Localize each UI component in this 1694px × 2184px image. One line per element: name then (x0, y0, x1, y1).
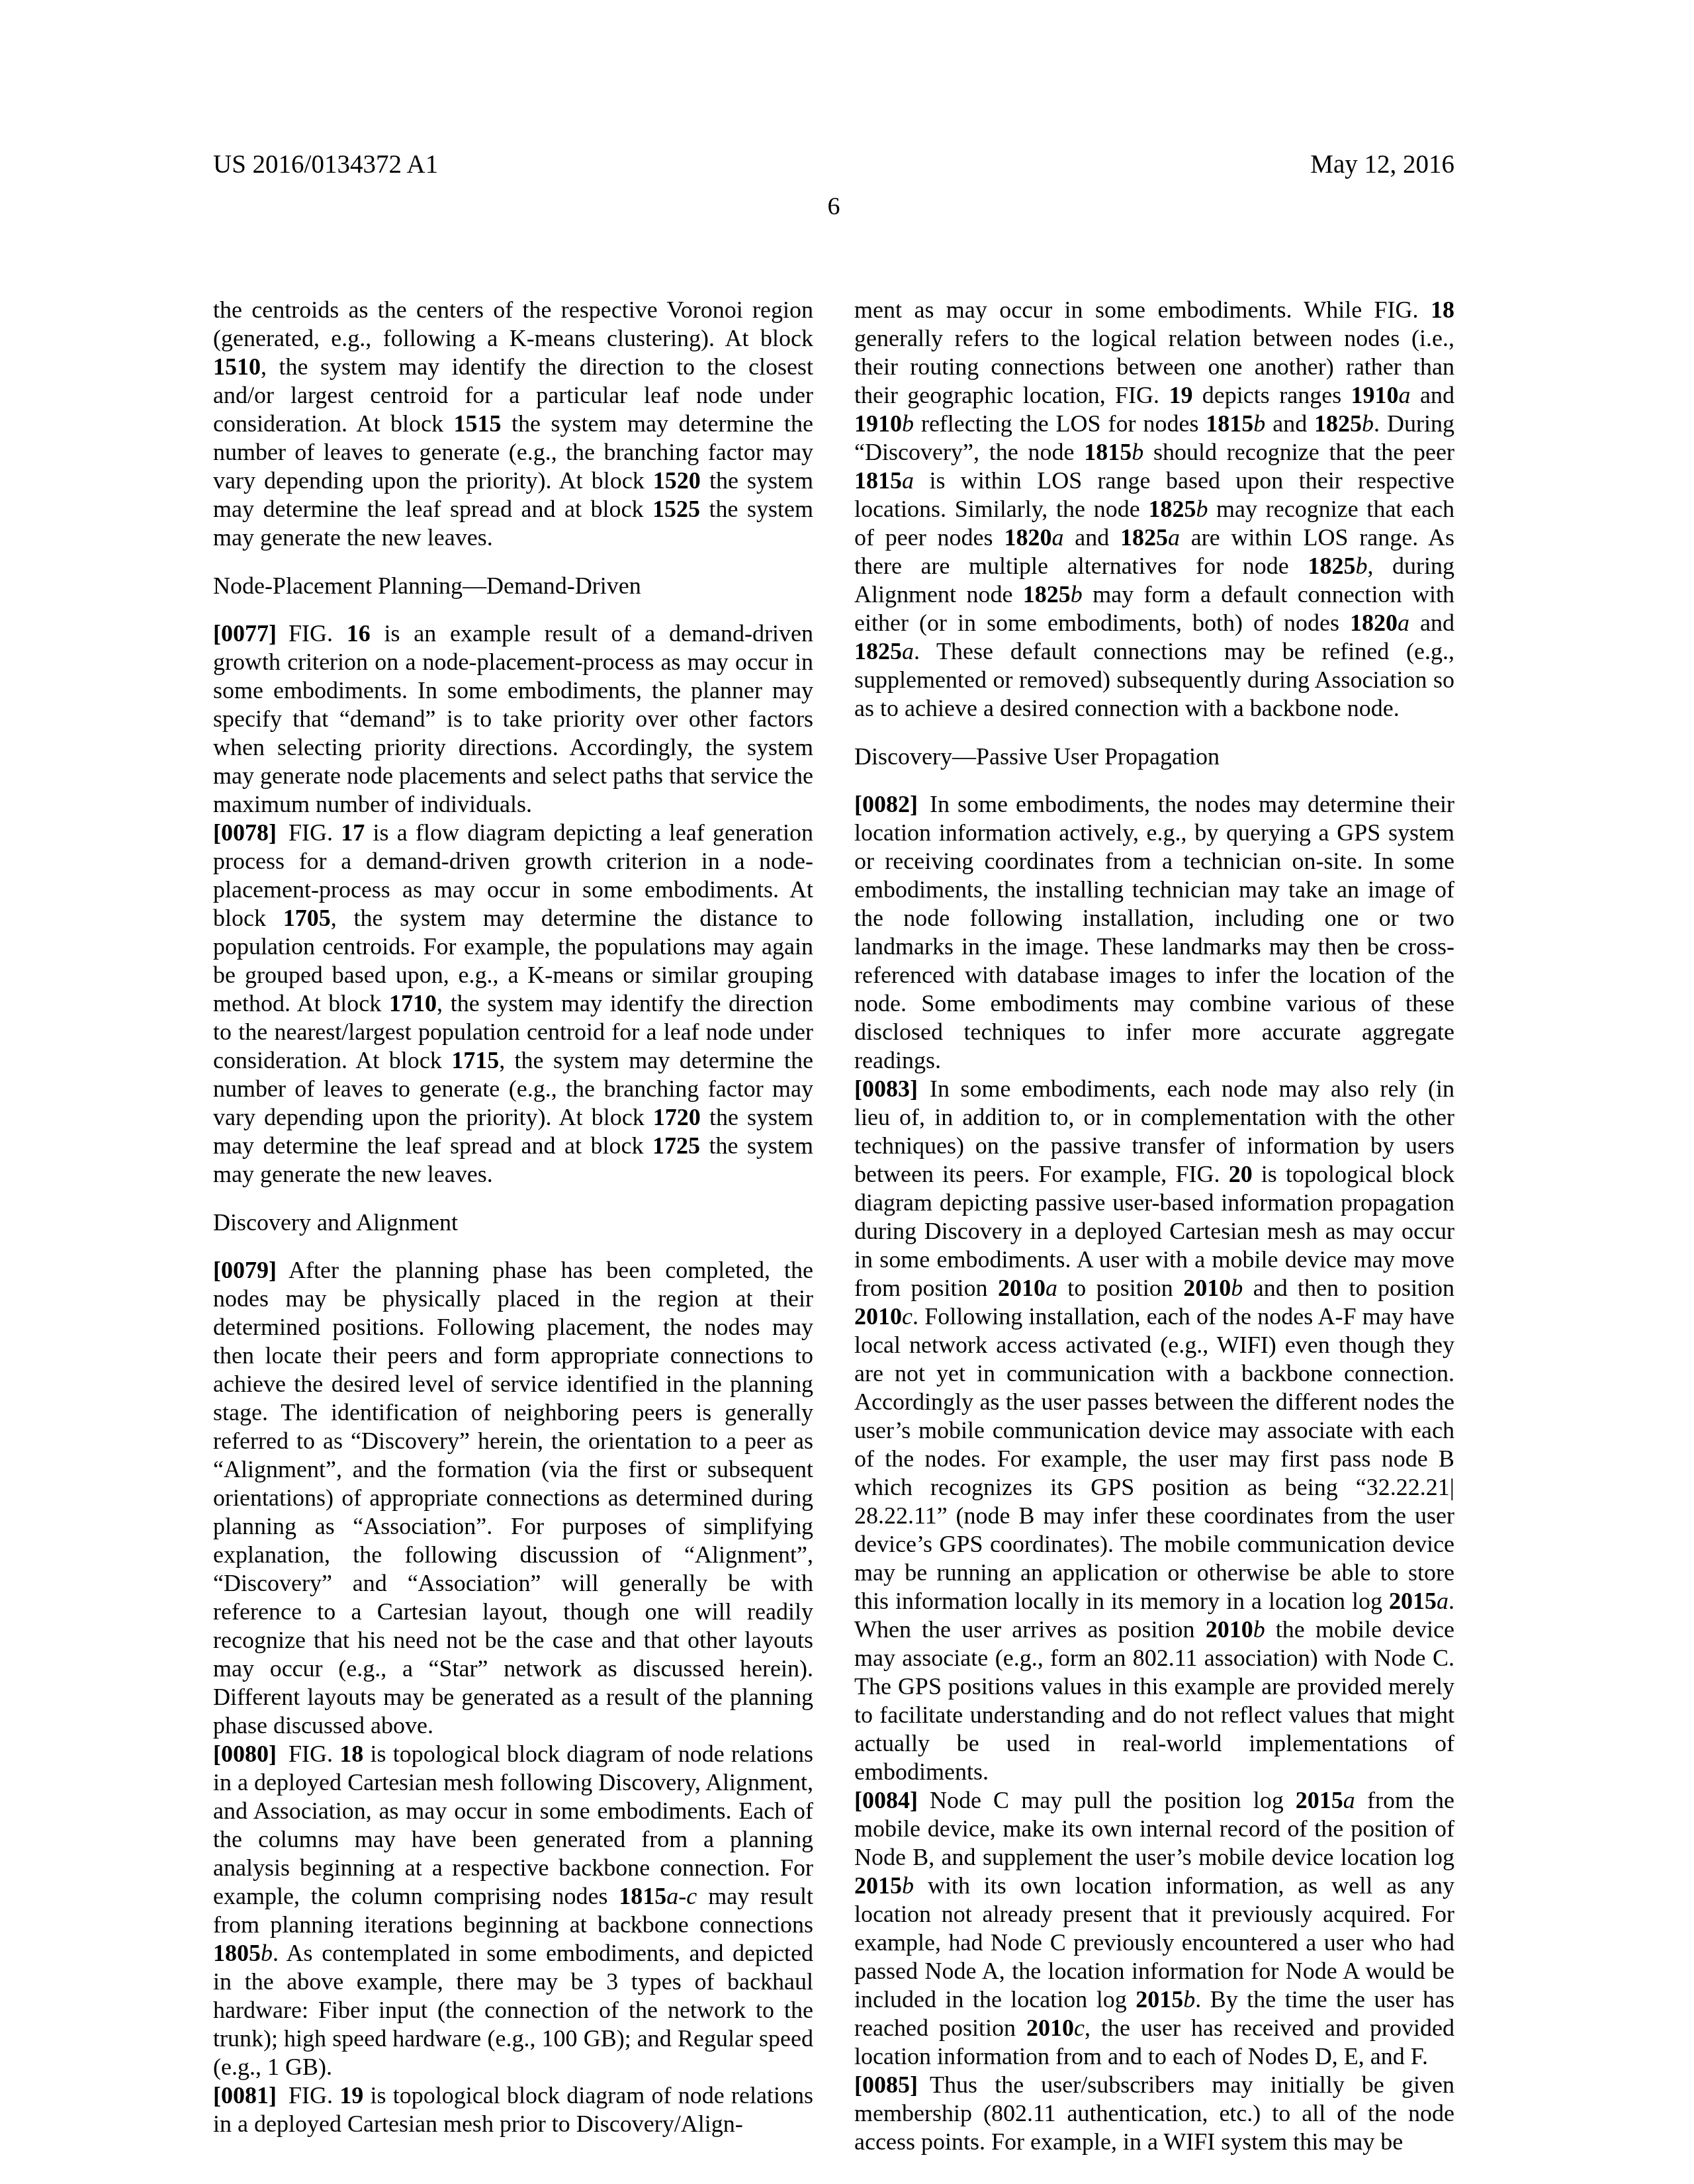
paragraph: [0080] FIG. 18 is topological block diag… (213, 1740, 813, 2081)
reference-letter: b (1183, 1986, 1195, 2013)
section-heading: Discovery—Passive User Propagation (854, 743, 1454, 771)
reference-numeral: 2015 (1136, 1986, 1183, 2013)
reference-numeral: 1805 (213, 1940, 261, 1966)
reference-numeral: 2010 (1026, 2015, 1074, 2041)
paragraph-tag: [0080] (213, 1741, 277, 1767)
reference-letter: a-c (666, 1883, 697, 1909)
reference-letter: b (1355, 553, 1367, 579)
page-header: US 2016/0134372 A1 May 12, 2016 (213, 151, 1454, 179)
paragraph-tag: [0081] (213, 2082, 277, 2109)
reference-numeral: 2015 (854, 1872, 902, 1899)
patent-page: US 2016/0134372 A1 May 12, 2016 6 the ce… (0, 0, 1694, 2184)
reference-numeral: 1725 (652, 1132, 700, 1159)
paragraph: the centroids as the centers of the resp… (213, 296, 813, 552)
reference-numeral: 17 (341, 819, 365, 846)
paragraph: [0082] In some embodiments, the nodes ma… (854, 790, 1454, 1075)
reference-numeral: 1815 (1084, 439, 1132, 465)
paragraph-tag: [0077] (213, 620, 277, 647)
right-column: ment as may occur in some embodiments. W… (854, 296, 1454, 2156)
paragraph: [0077] FIG. 16 is an example result of a… (213, 619, 813, 819)
reference-letter: b (902, 410, 914, 437)
reference-numeral: 1525 (652, 496, 700, 522)
reference-numeral: 1825 (1023, 581, 1071, 608)
paragraph: [0084] Node C may pull the position log … (854, 1786, 1454, 2071)
reference-letter: a (1343, 1787, 1355, 1813)
reference-numeral: 1825 (1314, 410, 1362, 437)
paragraph-tag: [0078] (213, 819, 277, 846)
reference-letter: c (902, 1303, 913, 1330)
reference-letter: a (1168, 524, 1180, 551)
publication-date: May 12, 2016 (1310, 151, 1454, 179)
reference-numeral: 1715 (451, 1047, 499, 1073)
reference-numeral: 1515 (454, 410, 502, 437)
reference-letter: b (1231, 1275, 1243, 1301)
paragraph-tag: [0083] (854, 1075, 918, 1102)
page-number: 6 (213, 193, 1454, 221)
reference-numeral: 20 (1229, 1161, 1253, 1187)
section-heading: Node-Placement Planning—Demand-Driven (213, 572, 813, 600)
reference-numeral: 2010 (1183, 1275, 1231, 1301)
reference-letter: a (1051, 524, 1063, 551)
reference-letter: a (902, 467, 914, 494)
reference-numeral: 19 (1169, 382, 1192, 408)
paragraph: [0085] Thus the user/subscribers may ini… (854, 2071, 1454, 2156)
reference-numeral: 2010 (854, 1303, 902, 1330)
reference-numeral: 1820 (1004, 524, 1051, 551)
paragraph: [0079] After the planning phase has been… (213, 1256, 813, 1740)
reference-letter: b (1196, 496, 1208, 522)
paragraph-tag: [0084] (854, 1787, 918, 1813)
reference-numeral: 1815 (1206, 410, 1253, 437)
reference-numeral: 1910 (1351, 382, 1399, 408)
paragraph-tag: [0082] (854, 791, 918, 817)
publication-number: US 2016/0134372 A1 (213, 151, 438, 179)
reference-numeral: 1820 (1350, 610, 1398, 636)
reference-letter: a (1046, 1275, 1057, 1301)
reference-letter: a (1399, 382, 1411, 408)
reference-letter: a (902, 638, 914, 664)
reference-numeral: 19 (339, 2082, 363, 2109)
paragraph: ment as may occur in some embodiments. W… (854, 296, 1454, 723)
reference-numeral: 18 (1431, 296, 1454, 323)
reference-numeral: 1825 (1308, 553, 1355, 579)
paragraph: [0081] FIG. 19 is topological block diag… (213, 2081, 813, 2138)
document-body: the centroids as the centers of the resp… (213, 296, 1454, 2156)
reference-numeral: 1825 (854, 638, 902, 664)
reference-numeral: 1825 (1120, 524, 1168, 551)
reference-numeral: 16 (347, 620, 371, 647)
reference-letter: b (902, 1872, 914, 1899)
reference-letter: b (1362, 410, 1374, 437)
reference-numeral: 1815 (854, 467, 902, 494)
reference-numeral: 1825 (1148, 496, 1196, 522)
paragraph-tag: [0079] (213, 1257, 277, 1283)
paragraph-tag: [0085] (854, 2071, 918, 2098)
reference-letter: b (261, 1940, 273, 1966)
reference-numeral: 1815 (619, 1883, 666, 1909)
left-column: the centroids as the centers of the resp… (213, 296, 813, 2156)
reference-letter: b (1253, 1616, 1265, 1643)
reference-letter: c (1074, 2015, 1085, 2041)
reference-letter: b (1132, 439, 1143, 465)
reference-numeral: 1705 (283, 905, 331, 931)
reference-numeral: 2015 (1296, 1787, 1343, 1813)
reference-letter: b (1071, 581, 1083, 608)
reference-numeral: 1710 (389, 990, 437, 1017)
reference-numeral: 2015 (1389, 1588, 1437, 1614)
reference-numeral: 1520 (653, 467, 701, 494)
section-heading: Discovery and Alignment (213, 1208, 813, 1237)
reference-numeral: 2010 (998, 1275, 1046, 1301)
reference-numeral: 18 (339, 1741, 363, 1767)
reference-letter: a (1437, 1588, 1449, 1614)
reference-numeral: 1910 (854, 410, 902, 437)
reference-numeral: 2010 (1206, 1616, 1253, 1643)
reference-letter: b (1253, 410, 1265, 437)
reference-numeral: 1720 (653, 1104, 701, 1130)
paragraph: [0083] In some embodiments, each node ma… (854, 1075, 1454, 1786)
paragraph: [0078] FIG. 17 is a flow diagram depicti… (213, 819, 813, 1189)
reference-numeral: 1510 (213, 353, 261, 380)
reference-letter: a (1398, 610, 1409, 636)
